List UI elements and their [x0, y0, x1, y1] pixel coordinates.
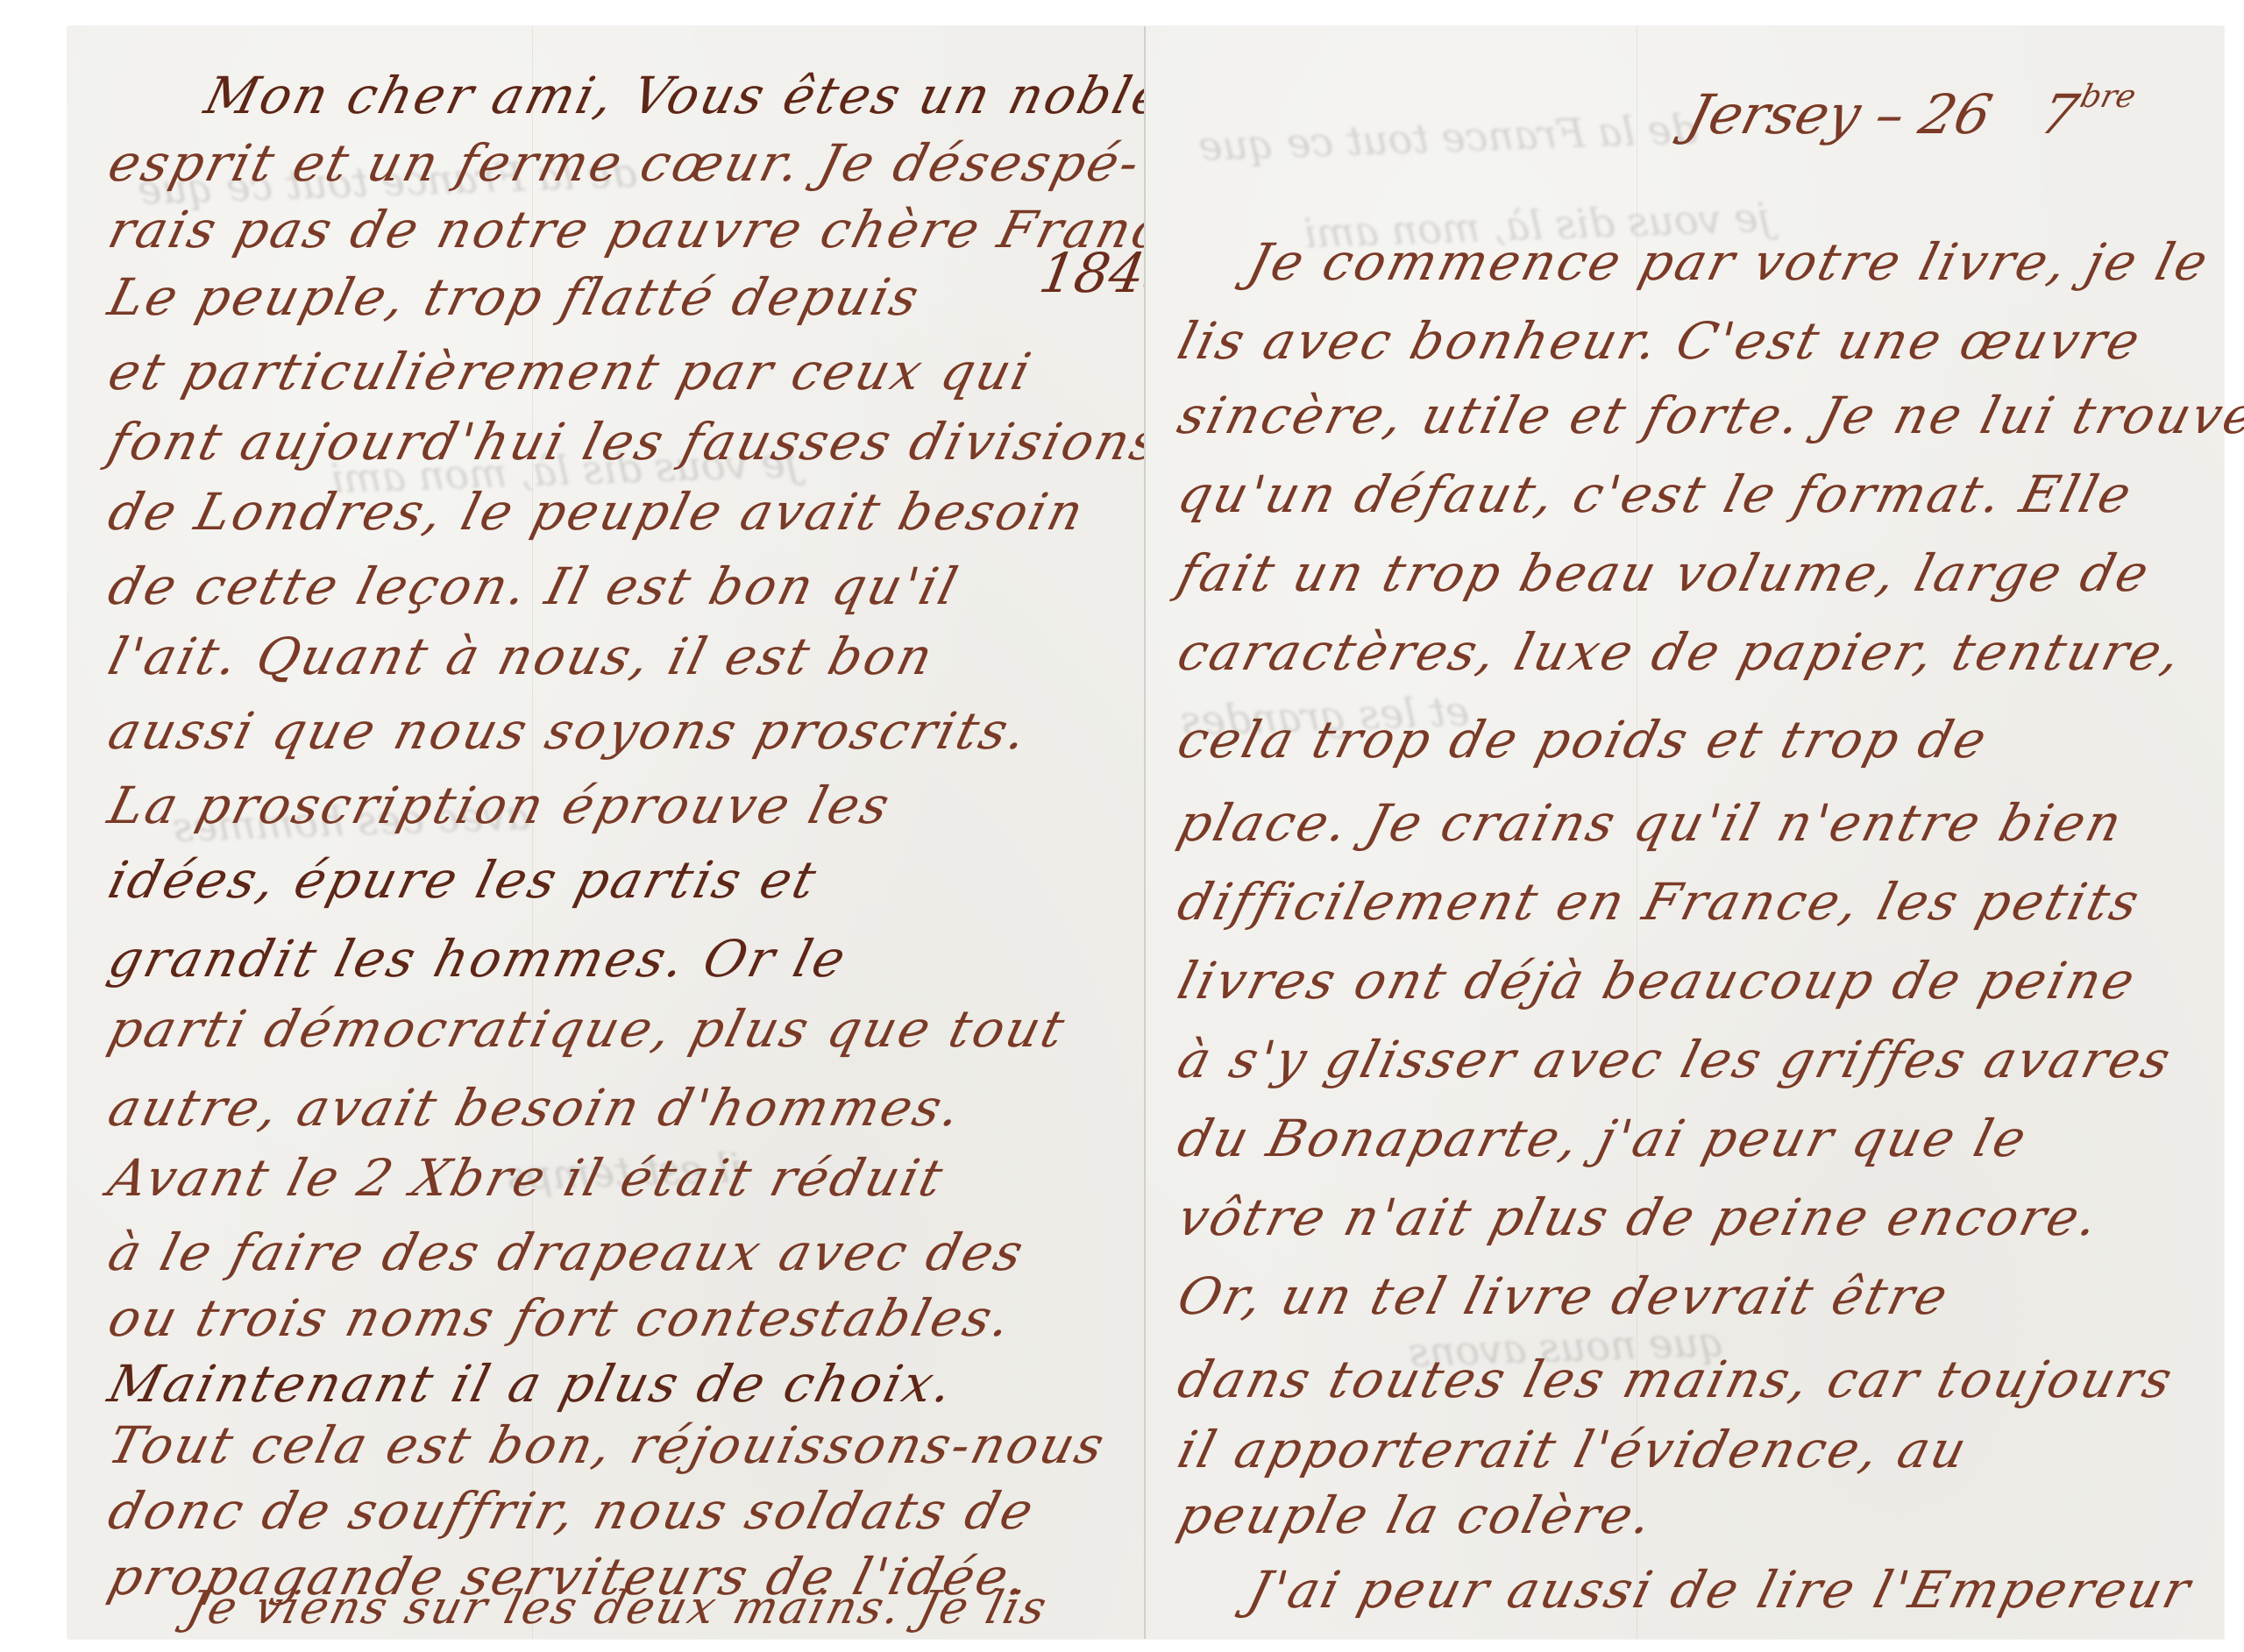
- handwritten-line: sincère, utile et forte. Je ne lui trouv…: [1172, 386, 2244, 445]
- handwritten-line: idées, épure les partis et: [103, 850, 824, 910]
- handwritten-line: ou trois noms fort contestables.: [103, 1288, 1019, 1348]
- handwritten-line: Tout cela est bon, réjouissons-nous: [103, 1415, 1112, 1475]
- handwritten-line: qu'un défaut, c'est le format. Elle: [1172, 464, 2140, 524]
- handwritten-line: il apporterait l'évidence, au: [1172, 1420, 1975, 1479]
- handwritten-line: Le peuple, trop flatté depuis: [103, 267, 927, 327]
- handwritten-line: de Londres, le peuple avait besoin: [103, 482, 1091, 542]
- handwritten-line: à s'y glisser avec les griffes avares: [1172, 1030, 2178, 1089]
- handwritten-line: font aujourd'hui les fausses divisions: [103, 412, 1168, 471]
- handwritten-line: dans toutes les mains, car toujours: [1172, 1350, 2180, 1409]
- handwritten-line: esprit et un ferme cœur. Je désespé-: [103, 133, 1147, 193]
- handwritten-line: autre, avait besoin d'hommes.: [103, 1078, 969, 1138]
- handwritten-line: vôtre n'ait plus de peine encore.: [1172, 1188, 2106, 1247]
- handwritten-line: donc de souffrir, nous soldats de: [103, 1481, 1041, 1541]
- handwritten-line: parti démocratique, plus que tout: [103, 999, 1073, 1059]
- handwritten-line: lis avec bonheur. C'est une œuvre: [1172, 311, 2148, 371]
- handwritten-line: cela trop de poids et trop de: [1172, 710, 1995, 769]
- handwritten-line: fait un trop beau volume, large de: [1172, 543, 2157, 603]
- right-page: de la France tout ce que je vous dis là,…: [1146, 26, 2224, 1639]
- date-month-suffix: bre: [2077, 79, 2140, 115]
- handwritten-line: l'ait. Quant à nous, il est bon: [103, 627, 941, 686]
- left-page: de la France tout ce que je vous dis là,…: [67, 26, 1144, 1639]
- handwritten-line: peuple la colère.: [1172, 1485, 1661, 1545]
- right-page-text: Jersey – 26 7bre Je commence par votre l…: [1146, 26, 2224, 1639]
- left-page-text: Mon cher ami, Vous êtes un noble esprit …: [67, 26, 1144, 1639]
- date-day: 26: [1914, 82, 1999, 146]
- handwritten-line: et particulièrement par ceux qui: [103, 342, 1039, 401]
- letter-dateline: Jersey – 26 7bre: [1680, 79, 2139, 146]
- handwritten-line: place. Je crains qu'il n'entre bien: [1172, 793, 2130, 853]
- handwritten-line: Je commence par votre livre, je le: [1242, 232, 2216, 292]
- handwritten-line: livres ont déjà beaucoup de peine: [1172, 951, 2143, 1010]
- handwritten-line: Je viens sur les deux mains. Je lis: [181, 1582, 1054, 1634]
- handwritten-line: Or, un tel livre devrait être: [1172, 1266, 1956, 1326]
- handwritten-line: Avant le 2 Xbre il était réduit: [103, 1148, 951, 1208]
- handwritten-line: Maintenant il a plus de choix.: [103, 1354, 962, 1414]
- letter-sheet: de la France tout ce que je vous dis là,…: [67, 26, 2224, 1639]
- handwritten-line: grandit les hommes. Or le: [103, 929, 854, 989]
- date-place: Jersey: [1680, 82, 1867, 146]
- handwritten-line: de cette leçon. Il est bon qu'il: [103, 557, 966, 616]
- handwritten-line: difficilement en France, les petits: [1172, 872, 2148, 932]
- handwritten-line: aussi que nous soyons proscrits.: [103, 701, 1035, 761]
- handwritten-line: J'ai peur aussi de lire l'Empereur: [1242, 1560, 2198, 1620]
- handwritten-line: caractères, luxe de papier, tenture,: [1172, 622, 2189, 682]
- handwritten-line: La proscription éprouve les: [103, 776, 898, 835]
- handwritten-line: à le faire des drapeaux avec des: [103, 1223, 1032, 1282]
- handwritten-line: Mon cher ami, Vous êtes un noble: [199, 66, 1173, 125]
- handwritten-line: du Bonaparte, j'ai peur que le: [1172, 1109, 2035, 1168]
